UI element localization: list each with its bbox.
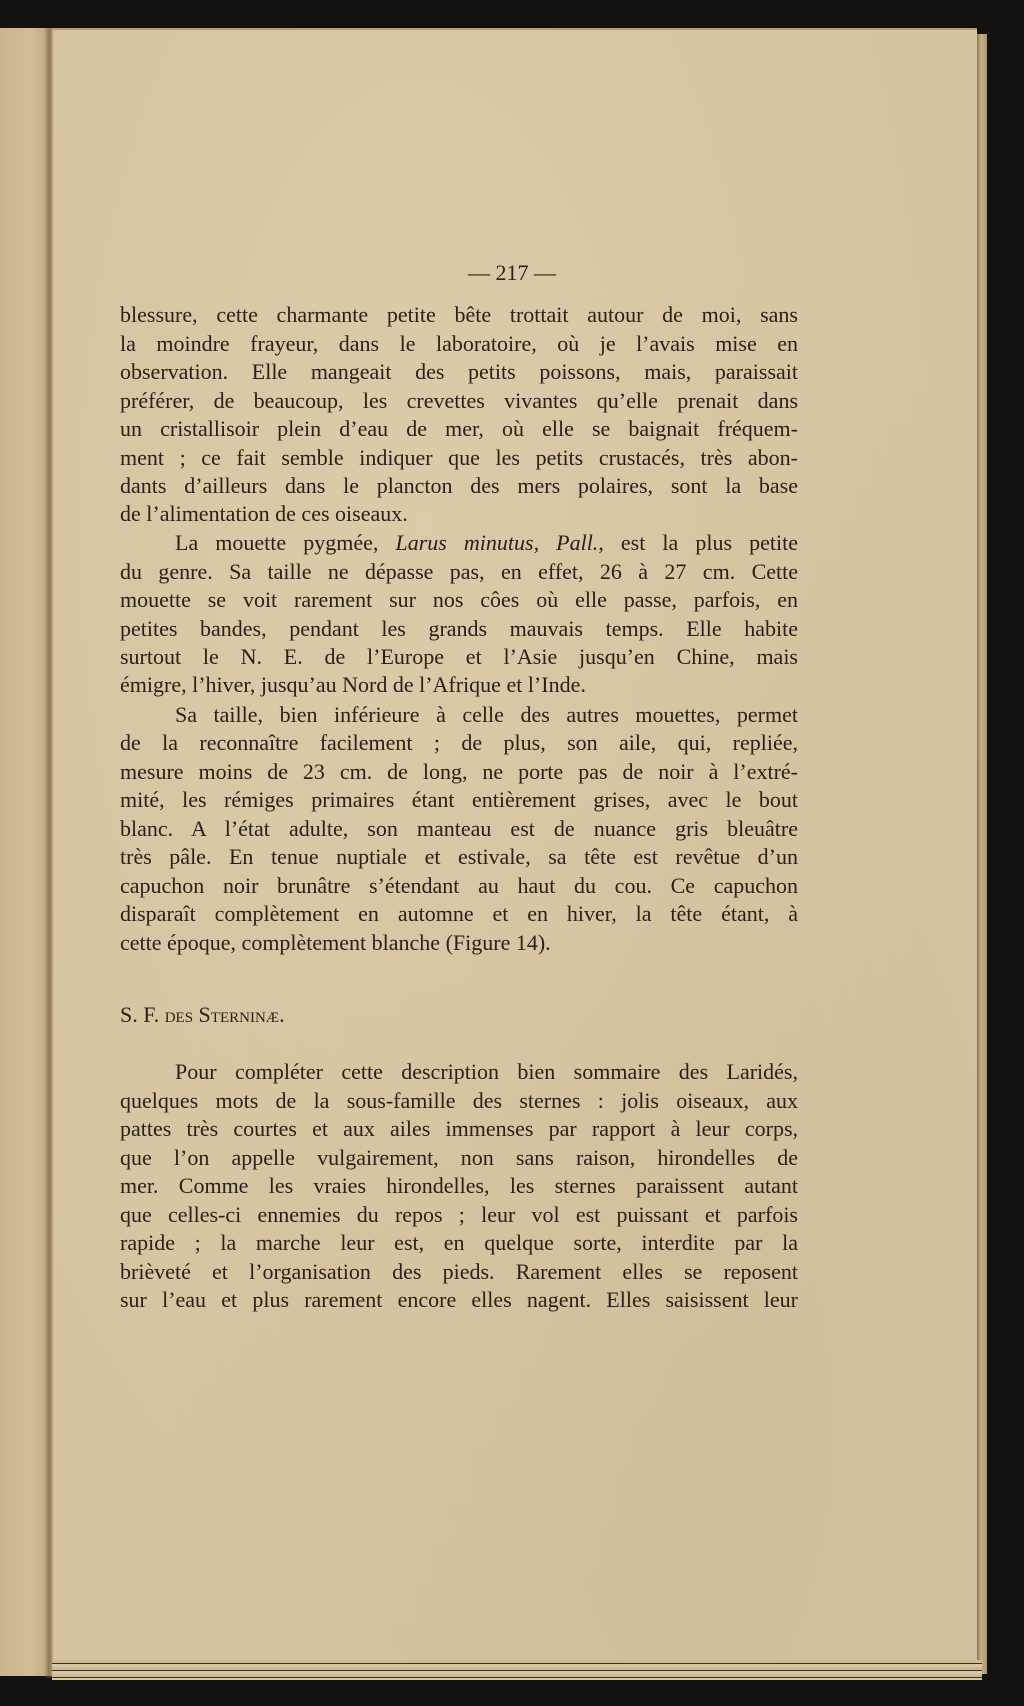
text-line: quelques mots de la sous-famille des ste… [120, 1086, 798, 1115]
section-heading: S. F. des Sterninæ. [120, 1000, 798, 1029]
text-line: du genre. Sa taille ne dépasse pas, en e… [120, 557, 798, 586]
text-line: de l’alimentation de ces oiseaux. [120, 499, 798, 528]
text-run: La mouette pygmée, [175, 530, 395, 555]
text-line: préférer, de beaucoup, les crevettes viv… [120, 386, 798, 415]
text-line: surtout le N. E. de l’Europe et l’Asie j… [120, 642, 798, 671]
text-line: mer. Comme les vraies hirondelles, les s… [120, 1171, 798, 1200]
text-line: un cristallisoir plein d’eau de mer, où … [120, 414, 798, 443]
text-line: mesure moins de 23 cm. de long, ne porte… [120, 757, 798, 786]
text-line: blanc. A l’état adulte, son manteau est … [120, 814, 798, 843]
text-line: disparaît complètement en automne et en … [120, 899, 798, 928]
text-line: de la reconnaître facilement ; de plus, … [120, 728, 798, 757]
text-line: rapide ; la marche leur est, en quelque … [120, 1228, 798, 1257]
species-name: Larus minutus, Pall. [395, 530, 598, 555]
text-line: mité, les rémiges primaires étant entièr… [120, 785, 798, 814]
text-line: observation. Elle mangeait des petits po… [120, 357, 798, 386]
text-line: cette époque, complètement blanche (Figu… [120, 928, 798, 957]
text-line: ment ; ce fait semble indiquer que les p… [120, 443, 798, 472]
text-line-first: La mouette pygmée, Larus minutus, Pall.,… [120, 528, 798, 557]
text-run: , est la plus petite [598, 530, 798, 555]
text-line: sur l’eau et plus rarement encore elles … [120, 1285, 798, 1314]
text-line: émigre, l’hiver, jusqu’au Nord de l’Afri… [120, 670, 798, 699]
page-edge-bottom [52, 1660, 982, 1680]
page-number: — 217 — [0, 260, 1024, 286]
text-line: Sa taille, bien inférieure à celle des a… [120, 700, 798, 729]
text-line: petites bandes, pendant les grands mauva… [120, 614, 798, 643]
text-line: Pour compléter cette description bien so… [120, 1057, 798, 1086]
text-line: que l’on appelle vulgairement, non sans … [120, 1143, 798, 1172]
text-line: mouette se voit rarement sur nos côes où… [120, 585, 798, 614]
text-line: brièveté et l’organisation des pieds. Ra… [120, 1257, 798, 1286]
text-line: dants d’ailleurs dans le plancton des me… [120, 471, 798, 500]
text-line: la moindre frayeur, dans le laboratoire,… [120, 329, 798, 358]
text-line: très pâle. En tenue nuptiale et estivale… [120, 842, 798, 871]
text-line: pattes très courtes et aux ailes immense… [120, 1114, 798, 1143]
text-line: que celles-ci ennemies du repos ; leur v… [120, 1200, 798, 1229]
text-line: capuchon noir brunâtre s’étendant au hau… [120, 871, 798, 900]
text-line: blessure, cette charmante petite bête tr… [120, 300, 798, 329]
